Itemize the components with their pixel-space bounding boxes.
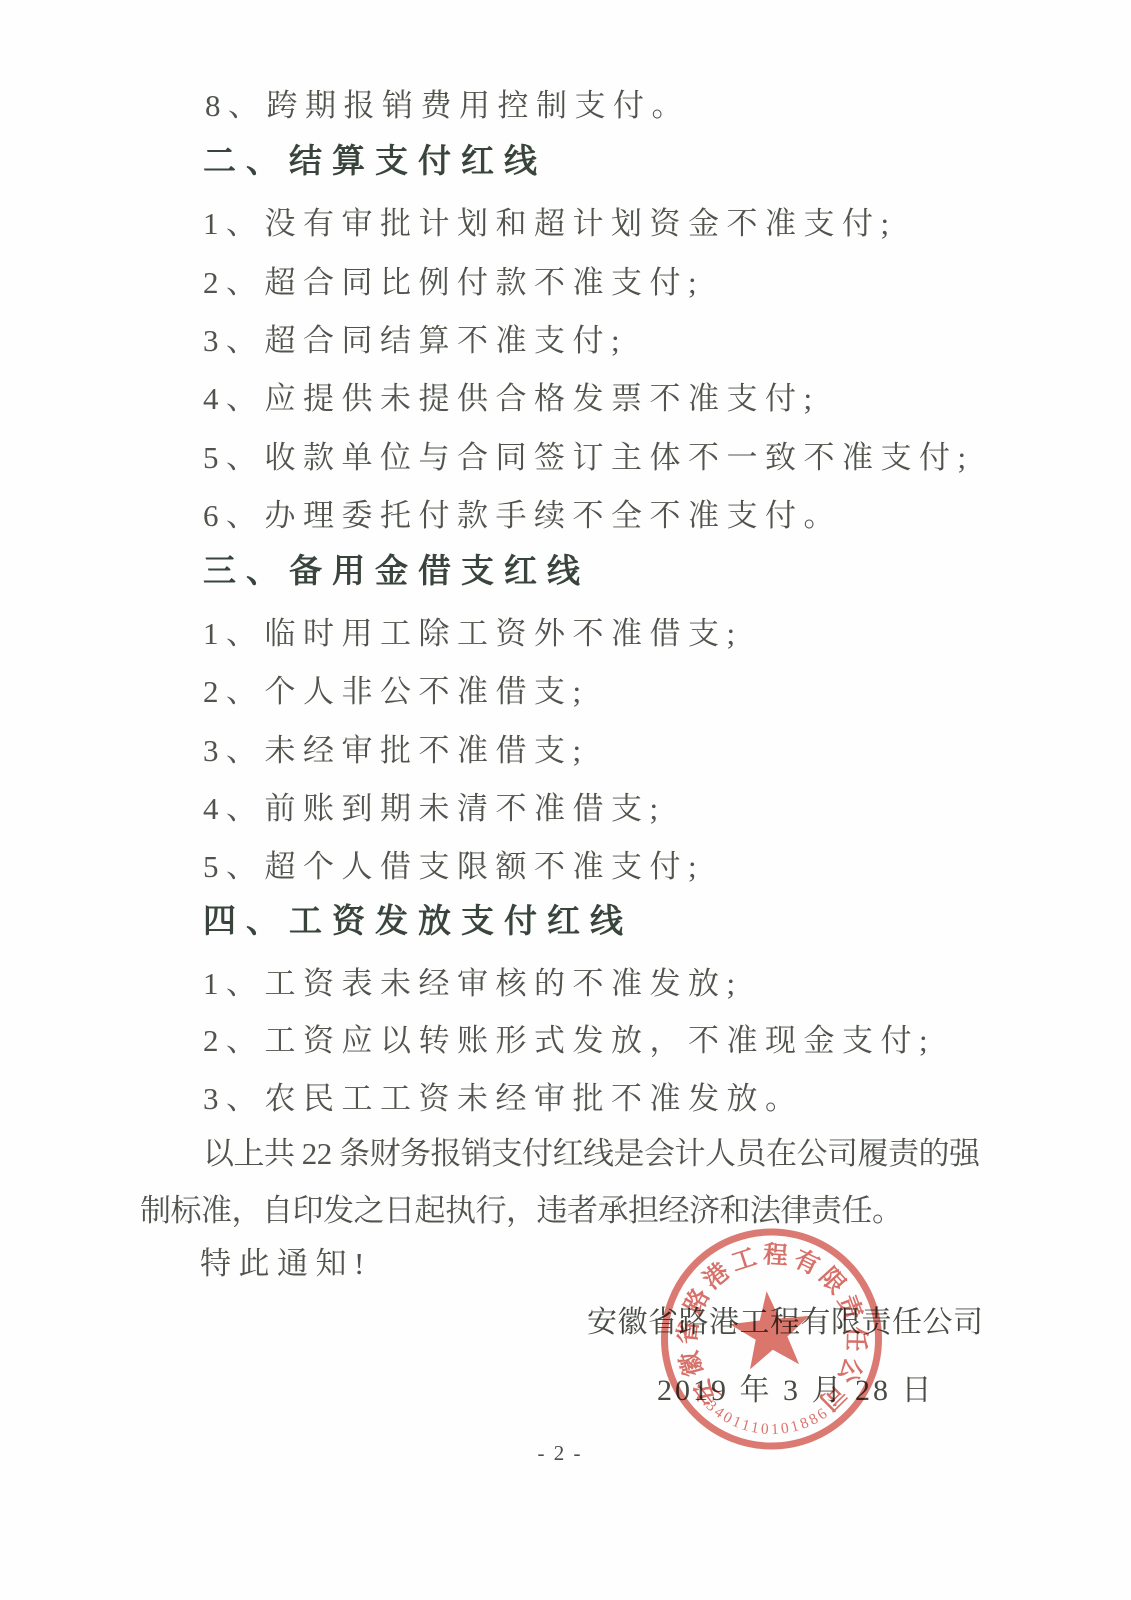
document-line: 4、前账到期未清不准借支; bbox=[203, 791, 666, 827]
document-line: 2、超合同比例付款不准支付; bbox=[203, 265, 704, 301]
document-line: 5、收款单位与合同签订主体不一致不准支付; bbox=[203, 440, 974, 476]
document-line: 4、应提供未提供合格发票不准支付; bbox=[203, 381, 820, 417]
page-number: - 2 - bbox=[0, 1441, 1120, 1466]
closing-paragraph-line: 以上共 22 条财务报销支付红线是会计人员在公司履责的强 bbox=[203, 1136, 980, 1172]
notice-closing: 特此通知! bbox=[200, 1246, 372, 1282]
document-line: 5、超个人借支限额不准支付; bbox=[203, 849, 704, 885]
section-heading: 二、结算支付红线 bbox=[203, 144, 547, 182]
document-line: 3、超合同结算不准支付; bbox=[203, 323, 627, 359]
document-line: 3、未经审批不准借支; bbox=[203, 733, 589, 769]
document-line: 6、办理委托付款手续不全不准支付。 bbox=[203, 498, 842, 534]
document-line: 3、农民工工资未经审批不准发放。 bbox=[203, 1081, 804, 1117]
section-heading: 三、备用金借支红线 bbox=[203, 554, 590, 592]
document-line: 1、工资表未经审核的不准发放; bbox=[203, 966, 743, 1002]
document-line: 1、临时用工除工资外不准借支; bbox=[203, 616, 743, 652]
document-line: 2、工资应以转账形式发放，不准现金支付; bbox=[203, 1023, 935, 1059]
document-page: 8、跨期报销费用控制支付。 二、结算支付红线 1、没有审批计划和超计划资金不准支… bbox=[0, 0, 1131, 1600]
document-line: 1、没有审批计划和超计划资金不准支付; bbox=[203, 206, 897, 242]
section-heading: 四、工资发放支付红线 bbox=[203, 904, 633, 942]
closing-paragraph-line: 制标准，自印发之日起执行，违者承担经济和法律责任。 bbox=[140, 1193, 903, 1229]
document-line: 8、跨期报销费用控制支付。 bbox=[205, 88, 690, 124]
signature-date: 2019 年 3 月 28 日 bbox=[657, 1374, 935, 1409]
document-line: 2、个人非公不准借支; bbox=[203, 674, 589, 710]
signature-company: 安徽省路港工程有限责任公司 bbox=[587, 1306, 984, 1341]
